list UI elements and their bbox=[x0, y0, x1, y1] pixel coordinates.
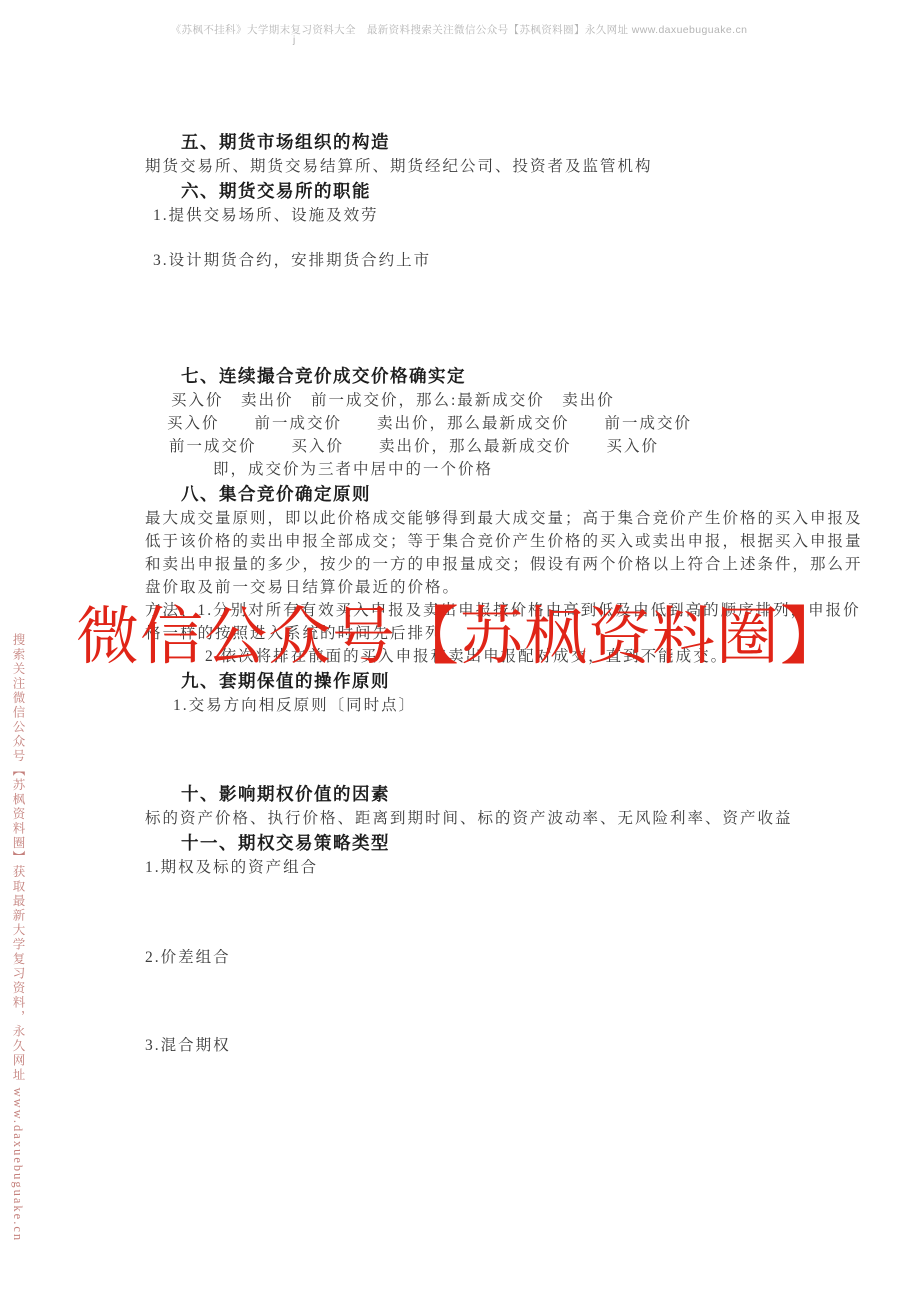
section7-line4: 即，成交价为三者中居中的一个价格 bbox=[145, 458, 877, 481]
section10-body: 标的资产价格、执行价格、距离到期时间、标的资产波动率、无风险利率、资产收益 bbox=[145, 807, 877, 830]
section5-heading: 五、期货市场组织的构造 bbox=[145, 129, 877, 155]
section11-item2: 2.价差组合 bbox=[145, 946, 877, 969]
section11-heading: 十一、期权交易策略类型 bbox=[145, 830, 877, 856]
section9-item1: 1.交易方向相反原则〔同时点〕 bbox=[145, 694, 877, 717]
section7-line3: 前一成交价 买入价 卖出价，那么最新成交价 买入价 bbox=[145, 435, 877, 458]
stray-scan-mark: j bbox=[293, 35, 295, 46]
section6-item1: 1.提供交易场所、设施及效劳 bbox=[145, 204, 877, 227]
section8-body: 最大成交量原则，即以此价格成交能够得到最大成交量；高于集合竞价产生价格的买入申报… bbox=[145, 507, 877, 599]
section10-heading: 十、影响期权价值的因素 bbox=[145, 781, 877, 807]
section7-line2: 买入价 前一成交价 卖出价，那么最新成交价 前一成交价 bbox=[145, 412, 877, 435]
section7-heading: 七、连续撮合竞价成交价格确实定 bbox=[145, 363, 877, 389]
section11-item3: 3.混合期权 bbox=[145, 1034, 877, 1057]
document-body: 五、期货市场组织的构造 期货交易所、期货交易结算所、期货经纪公司、投资者及监管机… bbox=[145, 129, 877, 1057]
document-page: 《苏枫不挂科》大学期末复习资料大全 最新资料搜索关注微信公众号【苏枫资料圈】永久… bbox=[0, 0, 918, 1298]
promo-header: 《苏枫不挂科》大学期末复习资料大全 最新资料搜索关注微信公众号【苏枫资料圈】永久… bbox=[0, 22, 918, 37]
section8-heading: 八、集合竞价确定原则 bbox=[145, 481, 877, 507]
section5-body: 期货交易所、期货交易结算所、期货经纪公司、投资者及监管机构 bbox=[145, 155, 877, 178]
wechat-watermark-center: 微信公众号【苏枫资料圈】 bbox=[76, 601, 844, 673]
section6-item3: 3.设计期货合约，安排期货合约上市 bbox=[145, 249, 877, 272]
wechat-watermark-left-vertical: 搜索关注微信公众号【苏枫资料圈】获取最新大学复习资料，永久网址 www.daxu… bbox=[9, 633, 27, 1063]
section6-heading: 六、期货交易所的职能 bbox=[145, 178, 877, 204]
section11-item1: 1.期权及标的资产组合 bbox=[145, 856, 877, 879]
section7-line1: 买入价 卖出价 前一成交价，那么:最新成交价 卖出价 bbox=[145, 389, 877, 412]
